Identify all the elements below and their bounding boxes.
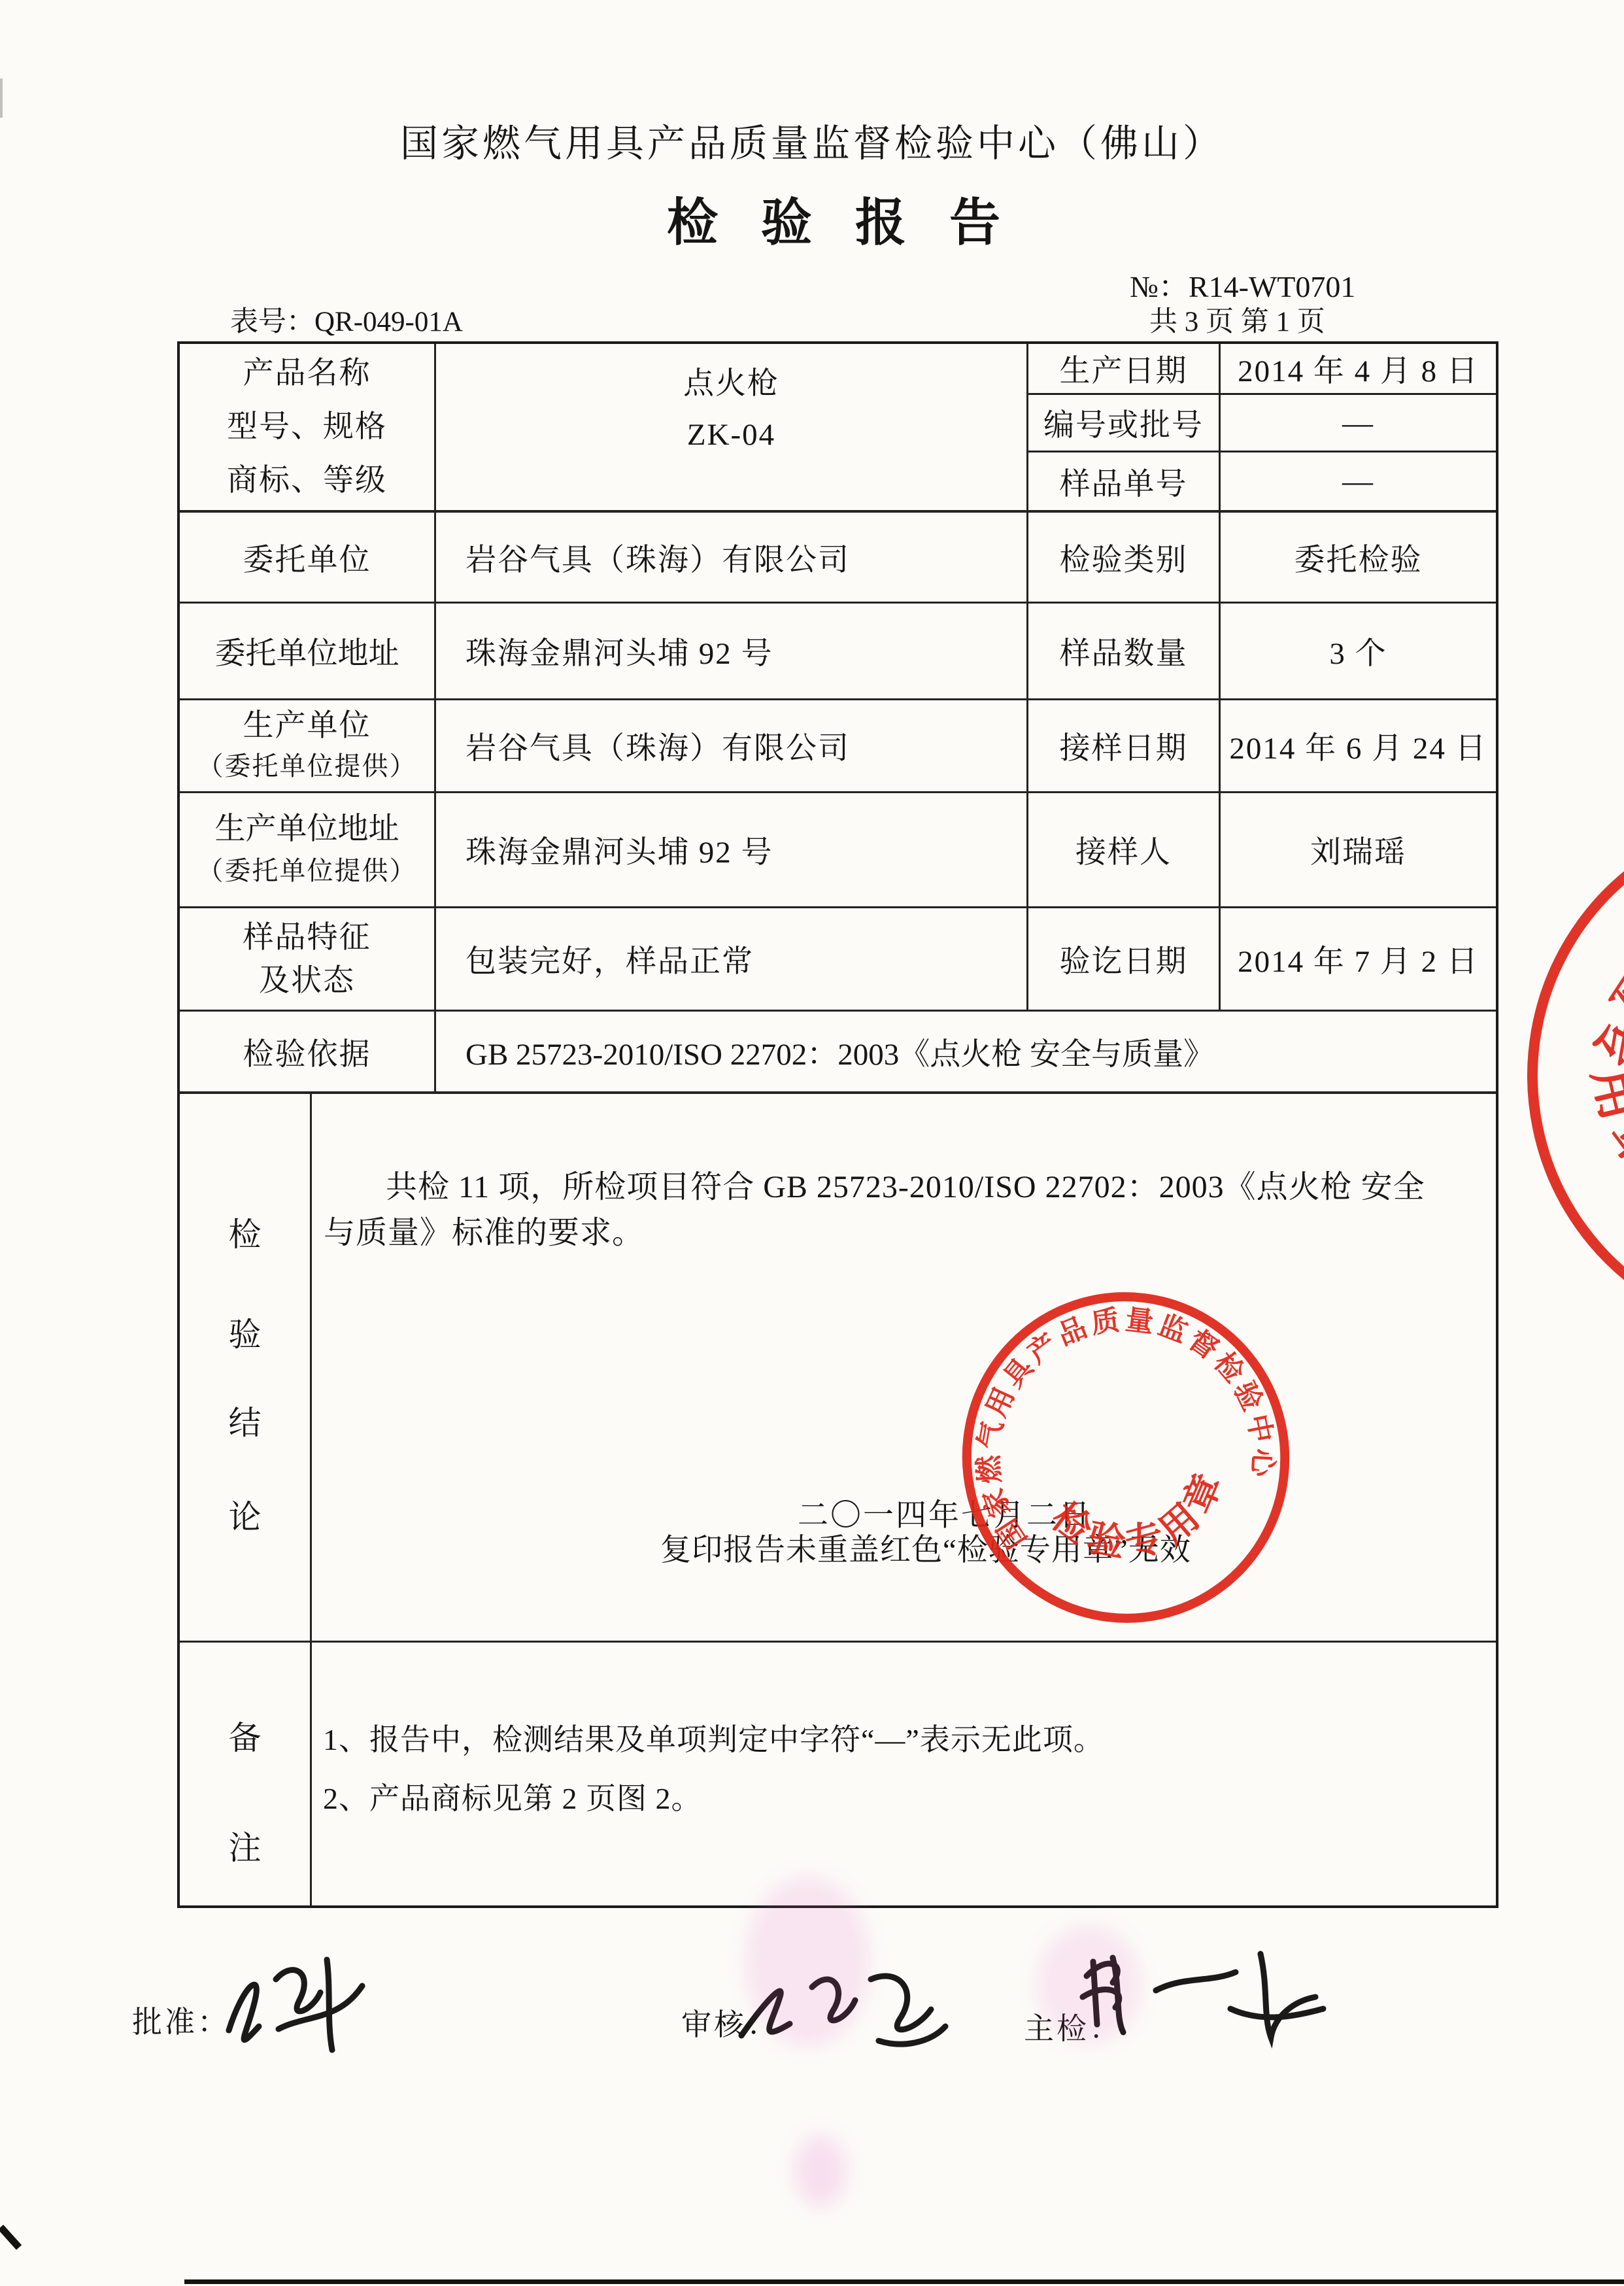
sample-feature-label: 样品特征 及状态 — [180, 908, 434, 1010]
producer-address-label-line1: 生产单位地址 — [215, 808, 399, 850]
remark-label-char1: 备 — [180, 1712, 310, 1759]
producer-label-line1: 生产单位 — [243, 706, 371, 746]
inspection-category-value: 委托检验 — [1221, 513, 1496, 602]
client-label: 委托单位 — [180, 513, 434, 602]
scan-smudge-pink-1 — [745, 1877, 870, 2047]
inspection-report-page: 国家燃气用具产品质量监督检验中心（佛山） 检验报告 №：R14-WT0701 表… — [0, 0, 1624, 2286]
product-name-label-line1: 产品名称 — [243, 347, 371, 400]
form-number: 表号：QR-049-01A — [230, 299, 463, 339]
scan-artifact-bottom-line — [184, 2279, 1624, 2284]
conclusion-label-char2: 验 — [180, 1308, 310, 1356]
remark-label-char2: 注 — [180, 1822, 310, 1869]
batch-number-value: — — [1221, 395, 1496, 451]
inspection-category-label: 检验类别 — [1028, 513, 1219, 602]
producer-address-label-line2: （委托单位提供） — [197, 850, 417, 892]
product-name-label-line2: 型号、规格 — [227, 400, 387, 454]
verify-date-label: 验讫日期 — [1028, 908, 1219, 1010]
product-name-value: 点火枪 ZK-04 — [436, 344, 1026, 510]
sample-quantity-label: 样品数量 — [1028, 604, 1219, 698]
conclusion-label-char1: 检 — [180, 1208, 310, 1255]
stamp-ring-text: 国家燃气用具产品质量监督检验中心 — [956, 1288, 1290, 1558]
product-name: 点火枪 — [683, 358, 779, 409]
inspection-basis-value: GB 25723-2010/ISO 22702：2003《点火枪 安全与质量》 — [436, 1012, 1496, 1091]
pagination: 共 3 页 第 1 页 — [1149, 299, 1325, 339]
svg-text:国家燃气用具产品质量监督检验中心: 国家燃气用具产品质量监督检验中心 — [956, 1288, 1290, 1558]
scan-smudge-pink-3 — [794, 2135, 847, 2207]
producer-label: 生产单位 （委托单位提供） — [180, 700, 434, 791]
stamp-ring — [956, 1288, 1296, 1628]
conclusion-label-char4: 论 — [180, 1491, 310, 1538]
scan-smudge-pink-2 — [1036, 1926, 1141, 2043]
production-date-label: 生产日期 — [1028, 344, 1219, 393]
sample-feature-value: 包装完好，样品正常 — [436, 908, 1026, 1010]
batch-number-label: 编号或批号 — [1028, 395, 1219, 451]
scan-artifact-left-speckle — [0, 78, 3, 118]
product-name-label: 产品名称 型号、规格 商标、等级 — [180, 344, 434, 510]
client-address-label: 委托单位地址 — [180, 604, 434, 698]
client-value: 岩谷气具（珠海）有限公司 — [436, 513, 1026, 602]
producer-label-line2: （委托单位提供） — [197, 746, 417, 787]
doc-title: 检验报告 — [0, 182, 1624, 255]
approve-signature — [211, 1945, 381, 2066]
sample-feature-label-line2: 及状态 — [259, 959, 355, 1002]
org-title: 国家燃气用具产品质量监督检验中心（佛山） — [0, 112, 1624, 167]
receive-date-label: 接样日期 — [1028, 700, 1219, 791]
report-table: 产品名称 型号、规格 商标、等级 点火枪 ZK-04 生产日期 2014 年 4… — [177, 341, 1498, 1908]
sample-receiver-label: 接样人 — [1028, 793, 1219, 906]
product-name-label-line3: 商标、等级 — [227, 454, 387, 507]
sample-ticket-label: 样品单号 — [1028, 452, 1219, 510]
receive-date-value: 2014 年 6 月 24 日 — [1221, 700, 1496, 791]
sample-receiver-value: 刘瑞瑶 — [1221, 793, 1496, 906]
producer-address-label: 生产单位地址 （委托单位提供） — [180, 793, 434, 906]
production-date-value: 2014 年 4 月 8 日 — [1221, 344, 1496, 393]
scan-artifact-corner-mark — [0, 2225, 22, 2250]
inspection-basis-label: 检验依据 — [180, 1012, 434, 1091]
stamp-bottom-text: 检验专用章 — [1037, 1453, 1247, 1585]
svg-text:检验专用章: 检验专用章 — [1037, 1453, 1247, 1585]
sample-quantity-value: 3 个 — [1221, 604, 1496, 698]
product-model: ZK-04 — [687, 409, 775, 460]
producer-address-value: 珠海金鼎河头埔 92 号 — [436, 793, 1026, 906]
verify-date-value: 2014 年 7 月 2 日 — [1221, 908, 1496, 1010]
client-address-value: 珠海金鼎河头埔 92 号 — [436, 604, 1026, 698]
conclusion-text-line2: 与质量》标准的要求。 — [324, 1207, 644, 1252]
producer-value: 岩谷气具（珠海）有限公司 — [436, 700, 1026, 791]
remark-item-1: 1、报告中，检测结果及单项判定中字符“—”表示无此项。 — [323, 1716, 1104, 1759]
sample-ticket-value: — — [1221, 452, 1496, 510]
edge-seal-stamp: 国家燃气用具产品质量监督检验中心 检验专用章 — [1525, 803, 1624, 1352]
inspection-seal-stamp: 国家燃气用具产品质量监督检验中心 检验专用章 — [956, 1288, 1296, 1628]
conclusion-label-char3: 结 — [180, 1397, 310, 1444]
conclusion-text-line1: 共检 11 项，所检项目符合 GB 25723-2010/ISO 22702：2… — [386, 1161, 1425, 1206]
remark-item-2: 2、产品商标见第 2 页图 2。 — [323, 1775, 702, 1818]
sample-feature-label-line1: 样品特征 — [243, 916, 371, 959]
